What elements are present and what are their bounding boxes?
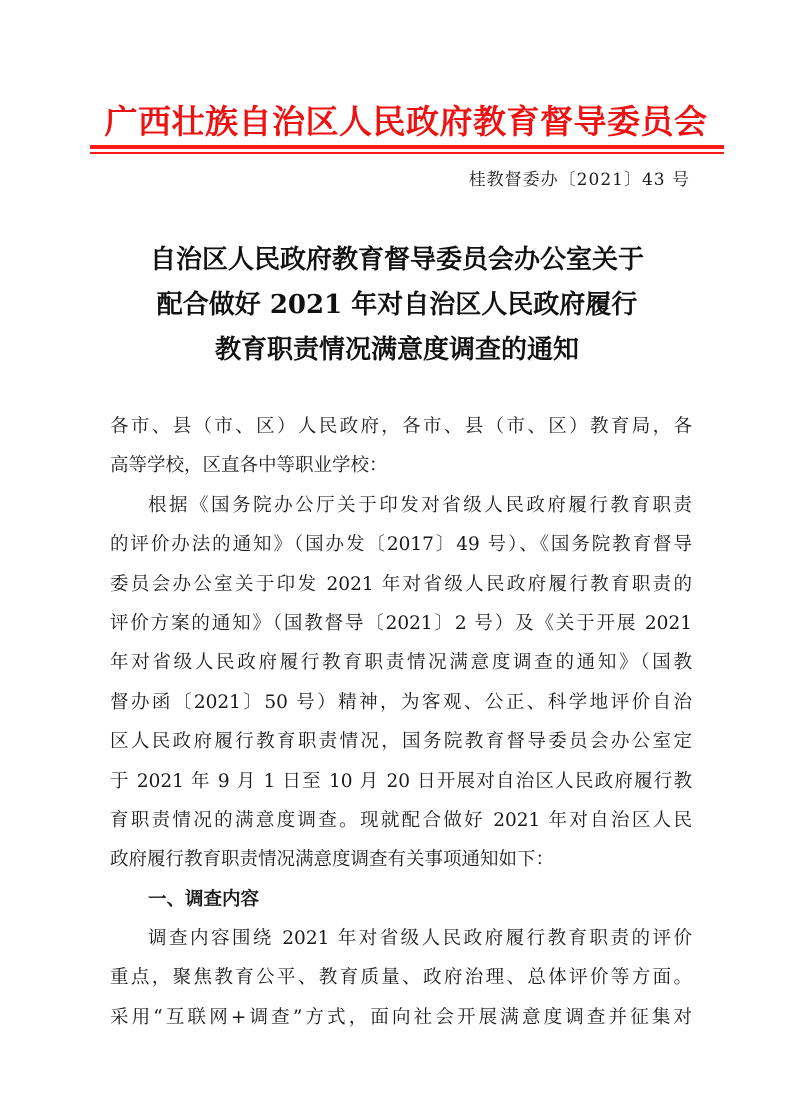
header-rule-thin — [90, 152, 724, 154]
addressee-block: 各市、县（市、区）人民政府，各市、县（市、区）教育局，各 高等学校，区直各中等职… — [110, 407, 692, 486]
addressee-line: 高等学校，区直各中等职业学校： — [110, 446, 692, 485]
addressee-line: 各市、县（市、区）人民政府，各市、县（市、区）教育局，各 — [110, 407, 692, 446]
paragraph-line: 督办函〔2021〕50 号）精神，为客观、公正、科学地评价自治 — [110, 683, 692, 722]
paragraph-line: 政府履行教育职责情况满意度调查有关事项通知如下： — [110, 840, 692, 879]
section-heading: 一、调查内容 — [110, 880, 692, 919]
paragraph-line: 育职责情况的满意度调查。现就配合做好 2021 年对自治区人民 — [110, 801, 692, 840]
paragraph-line: 年对省级人民政府履行教育职责情况满意度调查的通知》（国教 — [110, 643, 692, 682]
document-title: 自治区人民政府教育督导委员会办公室关于 配合做好 2021 年对自治区人民政府履… — [90, 238, 704, 373]
header-rule-thick — [90, 145, 724, 149]
paragraph-line: 评价方案的通知》（国教督导〔2021〕2 号）及《关于开展 2021 — [110, 604, 692, 643]
title-line: 教育职责情况满意度调查的通知 — [90, 328, 704, 373]
document-page: 广西壮族自治区人民政府教育督导委员会 桂教督委办〔2021〕43 号 自治区人民… — [0, 0, 794, 1108]
section-1-paragraph: 调查内容围绕 2021 年对省级人民政府履行教育职责的评价 重点，聚焦教育公平、… — [110, 919, 692, 1037]
paragraph-line: 采用“互联网+调查”方式，面向社会开展满意度调查并征集对 — [110, 998, 692, 1037]
paragraph-1: 根据《国务院办公厅关于印发对省级人民政府履行教育职责 的评价办法的通知》（国办发… — [110, 486, 692, 880]
organization-header: 广西壮族自治区人民政府教育督导委员会 — [90, 100, 722, 144]
document-body: 各市、县（市、区）人民政府，各市、县（市、区）教育局，各 高等学校，区直各中等职… — [110, 407, 692, 1037]
document-number: 桂教督委办〔2021〕43 号 — [469, 168, 690, 192]
paragraph-line: 区人民政府履行教育职责情况，国务院教育督导委员会办公室定 — [110, 722, 692, 761]
paragraph-line: 根据《国务院办公厅关于印发对省级人民政府履行教育职责 — [110, 486, 692, 525]
paragraph-line: 于 2021 年 9 月 1 日至 10 月 20 日开展对自治区人民政府履行教 — [110, 762, 692, 801]
paragraph-line: 调查内容围绕 2021 年对省级人民政府履行教育职责的评价 — [110, 919, 692, 958]
title-line: 配合做好 2021 年对自治区人民政府履行 — [90, 283, 704, 328]
paragraph-line: 重点，聚焦教育公平、教育质量、政府治理、总体评价等方面。 — [110, 958, 692, 997]
title-line: 自治区人民政府教育督导委员会办公室关于 — [90, 238, 704, 283]
paragraph-line: 的评价办法的通知》（国办发〔2017〕49 号）、《国务院教育督导 — [110, 525, 692, 564]
paragraph-line: 委员会办公室关于印发 2021 年对省级人民政府履行教育职责的 — [110, 565, 692, 604]
